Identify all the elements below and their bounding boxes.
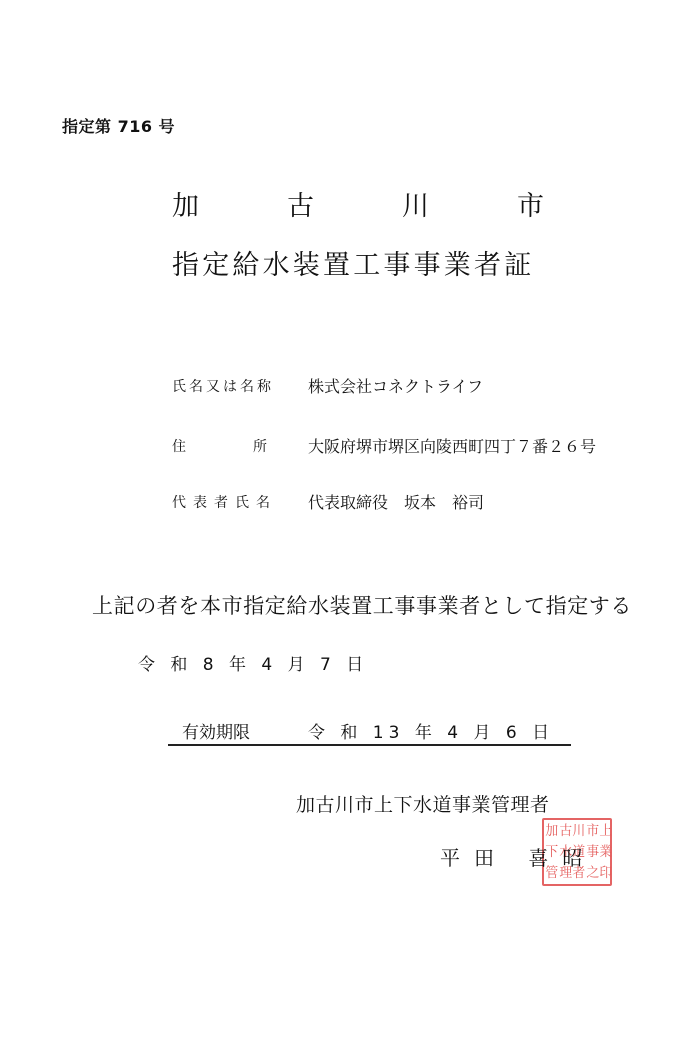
validity-label: 有効期限 <box>182 718 250 743</box>
city-title: 加 古 川 市 <box>172 184 544 223</box>
representative-label: 代表者氏名 <box>172 492 277 512</box>
city-char: 川 <box>402 184 429 223</box>
city-char: 古 <box>287 184 314 223</box>
representative-value: 代表取締役 坂本 裕司 <box>308 490 484 513</box>
seal-char: 市 <box>586 821 599 842</box>
address-label: 住 所 <box>172 436 267 456</box>
validity-date: 令 和 13 年 4 月 6 日 <box>308 718 554 743</box>
issuer-name: 平田 喜昭 <box>440 842 596 871</box>
seal-char: 川 <box>572 821 585 842</box>
issuer-title: 加古川市上下水道事業管理者 <box>296 790 550 817</box>
city-char: 加 <box>172 184 199 223</box>
validity-underline <box>168 744 571 746</box>
name-label: 氏名又は名称 <box>172 376 274 396</box>
seal-char: 印 <box>599 863 612 884</box>
certificate-number: 指定第 716 号 <box>62 114 175 137</box>
declaration-text: 上記の者を本市指定給水装置工事事業者として指定する <box>92 590 632 620</box>
seal-char: 古 <box>559 821 572 842</box>
city-char: 市 <box>517 184 544 223</box>
issue-date: 令 和 8 年 4 月 7 日 <box>138 650 368 675</box>
address-value: 大阪府堺市堺区向陵西町四丁７番２６号 <box>308 434 596 457</box>
seal-char: 業 <box>599 842 612 863</box>
document-title: 指定給水装置工事事業者証 <box>172 243 534 282</box>
name-value: 株式会社コネクトライフ <box>308 374 483 397</box>
seal-char: 加 <box>545 821 558 842</box>
address-label-char: 住 <box>172 436 186 456</box>
seal-char: 上 <box>599 821 612 842</box>
address-label-char: 所 <box>253 436 267 456</box>
